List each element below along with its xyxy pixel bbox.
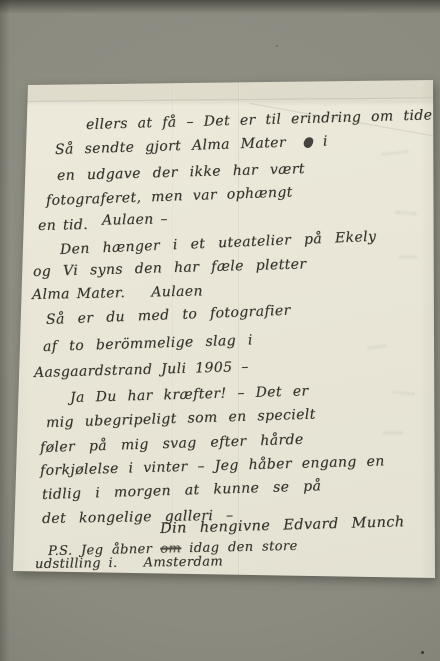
handwriting-line: Den hænger i et uteatelier på Ekely: [60, 229, 377, 258]
handwriting-line: Så sendte gjort Alma Materi: [55, 133, 328, 158]
show-through-mark: [382, 151, 408, 156]
line-tail: Aulaen: [151, 283, 203, 300]
handwriting-line: Ja Du har kræfter! – Det er: [70, 383, 309, 406]
postscript-line-2: udstilling i.Amsterdam: [35, 554, 223, 572]
line-tail: i: [323, 133, 328, 149]
handwriting-line: en tid.Aulaen –: [38, 215, 168, 234]
show-through-mark: [384, 432, 402, 434]
handwriting-line: mig ubegripeligt som en specielt: [46, 407, 316, 431]
handwriting-line: forkjølelse i vinter – Jeg håber engang …: [40, 453, 385, 479]
handwriting-line: og Vi syns den har fæle pletter: [33, 256, 307, 280]
letter-paper: ellers at få – Det er til erindring om t…: [0, 0, 440, 661]
place-date-line: Aasgaardstrand Juli 1905 –: [34, 359, 249, 381]
ps-suffix: idag den store: [189, 539, 298, 556]
photo-backdrop: ellers at få – Det er til erindring om t…: [0, 0, 440, 661]
show-through-mark: [368, 345, 386, 349]
handwriting-line: tidlig i morgen at kunne se på: [42, 478, 322, 503]
dust-speck: [276, 45, 278, 47]
show-through-mark: [396, 211, 416, 214]
dust-speck: [421, 651, 424, 654]
line-text: en tid.: [38, 217, 88, 234]
show-through-mark: [400, 256, 416, 258]
ink-blot: [303, 135, 315, 148]
fold-crease-vertical: [238, 80, 240, 577]
handwriting-line: en udgave der ikke har vært: [57, 161, 305, 184]
ps-left: udstilling i.: [35, 556, 118, 572]
letter-paper-wrap: ellers at få – Det er til erindring om t…: [0, 0, 440, 661]
show-through-mark: [392, 391, 414, 395]
handwriting-line: af to berömmelige slag i: [43, 332, 253, 355]
ps-right: Amsterdam: [143, 554, 223, 570]
line-text: Alma Mater.: [32, 285, 126, 303]
line-text: Så sendte gjort Alma Mater: [55, 135, 286, 158]
line-tail: Aulaen –: [102, 211, 168, 228]
handwriting-line: fotograferet, men var ophængt: [46, 184, 293, 209]
fold-crease-vertical-faint: [172, 82, 174, 574]
handwriting-line: Alma Mater.Aulaen: [32, 283, 203, 303]
fold-crease-horizontal: [26, 97, 435, 103]
handwriting-line: Så er du med to fotografier: [46, 303, 291, 328]
